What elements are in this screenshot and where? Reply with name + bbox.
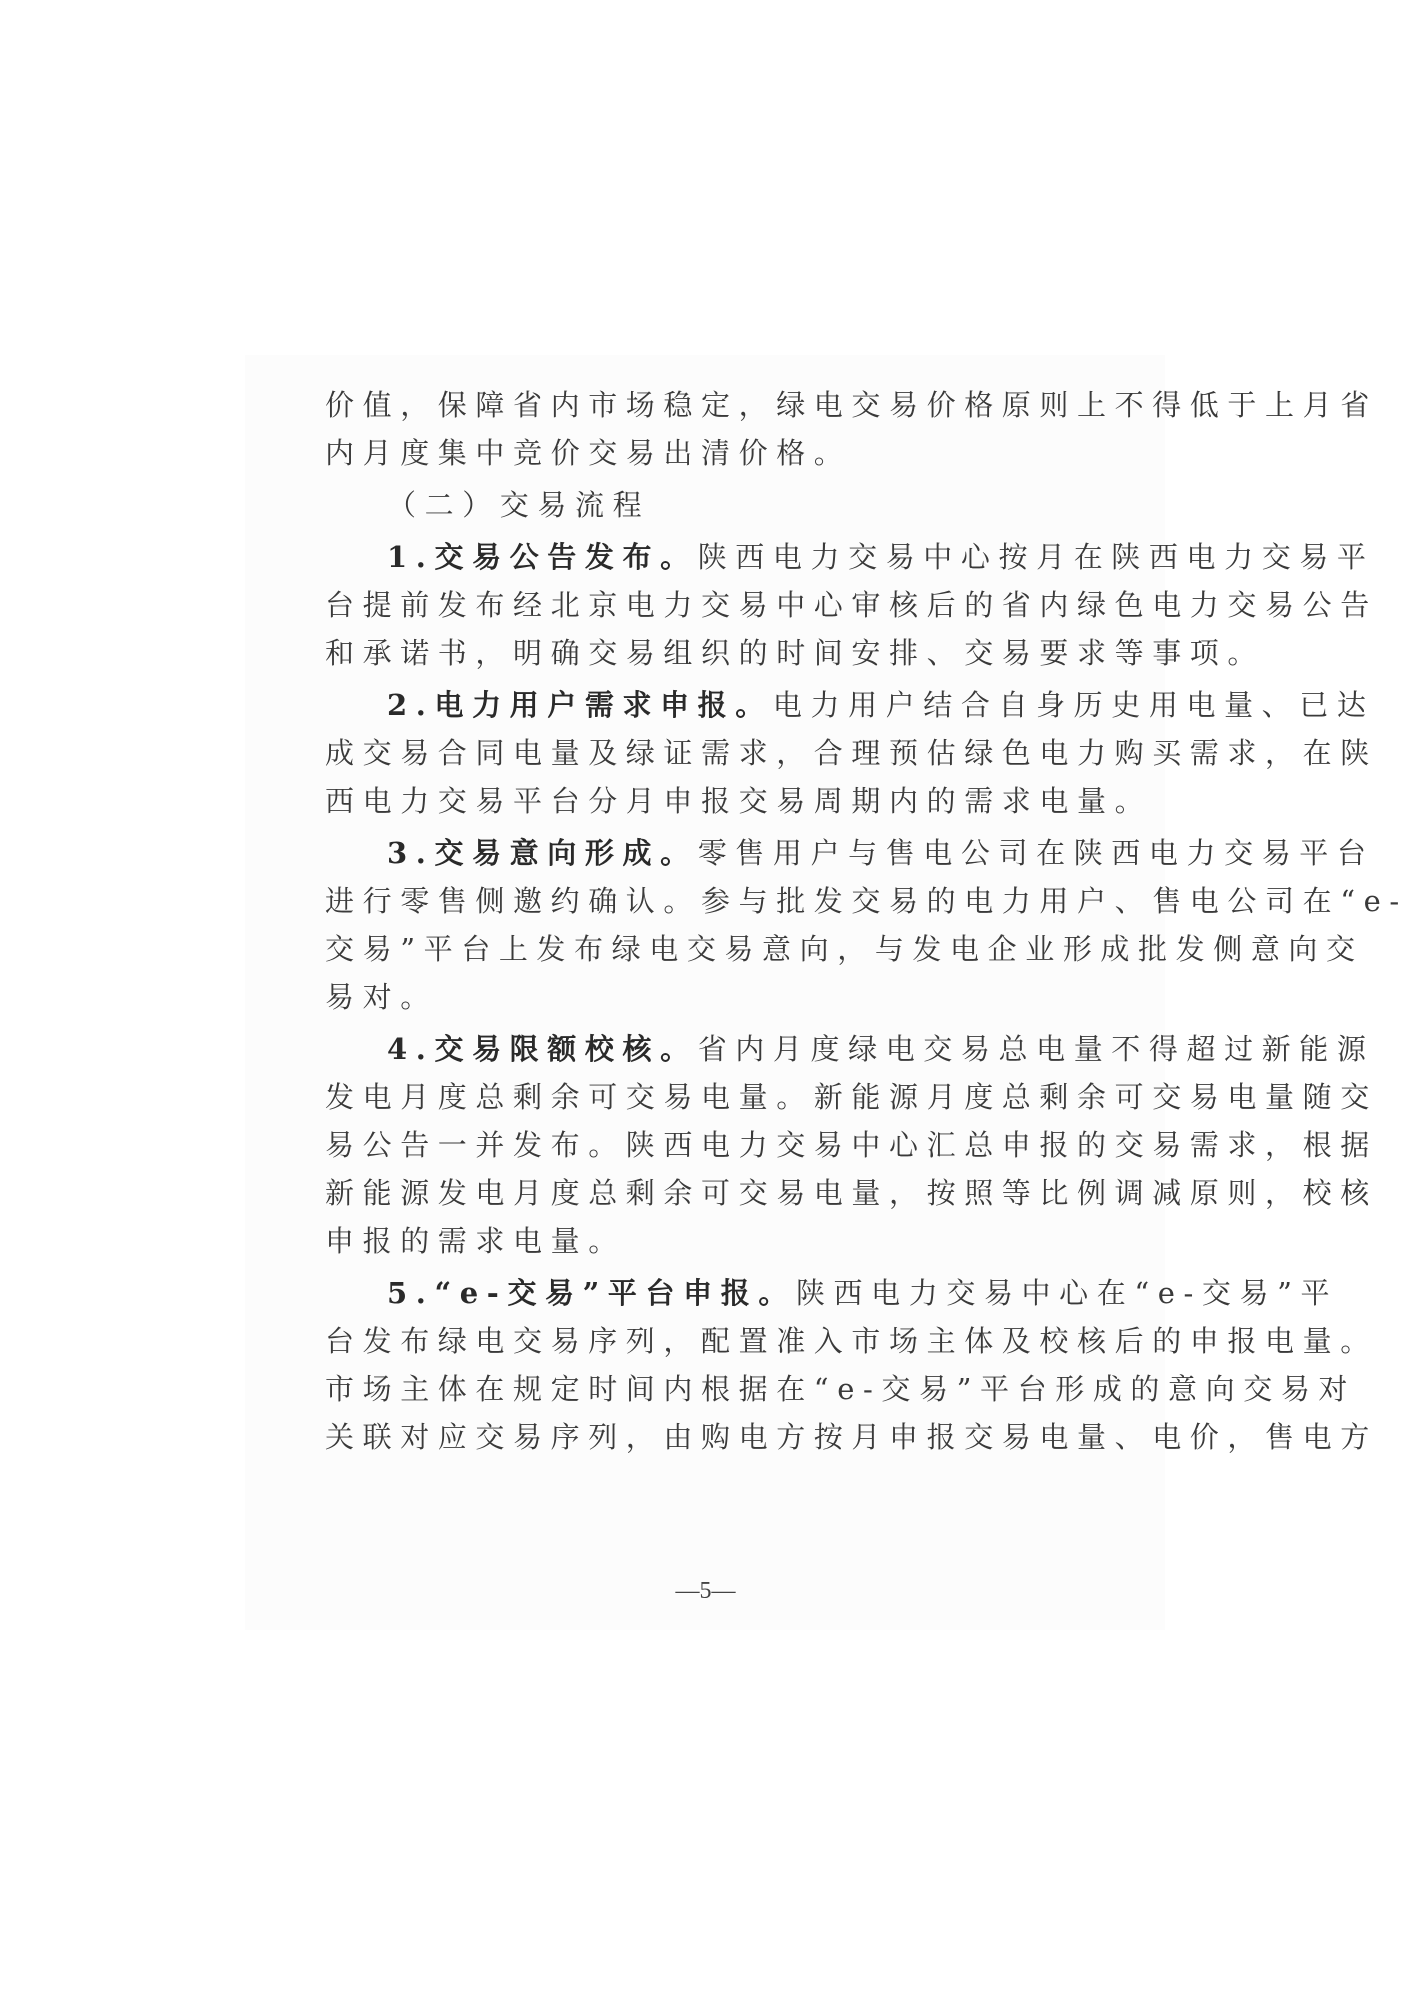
text-line: 内月度集中竞价交易出清价格。 [325, 429, 1105, 477]
paragraph-first-line: 3.交易意向形成。零售用户与售电公司在陕西电力交易平台 [325, 829, 1105, 877]
text-run: 省内月度绿电交易总电量不得超过新能源 [698, 1032, 1375, 1066]
text-line: 市场主体在规定时间内根据在“e-交易”平台形成的意向交易对 [325, 1365, 1105, 1413]
section-heading: （二）交易流程 [325, 481, 1105, 529]
text-line: 易公告一并发布。陕西电力交易中心汇总申报的交易需求，根据 [325, 1121, 1105, 1169]
text-run: 零售用户与售电公司在陕西电力交易平台 [698, 836, 1375, 870]
text-line: 成交易合同电量及绿证需求，合理预估绿色电力购买需求，在陕 [325, 729, 1105, 777]
item-heading: 5.“e-交易”平台申报。 [387, 1276, 796, 1310]
item-heading: 3.交易意向形成。 [387, 836, 698, 870]
page-number: —5— [0, 1578, 1411, 1605]
text-line: 台发布绿电交易序列，配置准入市场主体及校核后的申报电量。 [325, 1317, 1105, 1365]
item-heading: 1.交易公告发布。 [387, 540, 698, 574]
text-line: 新能源发电月度总剩余可交易电量，按照等比例调减原则，校核 [325, 1169, 1105, 1217]
text-line: 易对。 [325, 973, 1105, 1021]
text-run: 陕西电力交易中心在“e-交易”平 [796, 1276, 1338, 1310]
text-run: 电力用户结合自身历史用电量、已达 [773, 688, 1375, 722]
text-line: 西电力交易平台分月申报交易周期内的需求电量。 [325, 777, 1105, 825]
text-line: 关联对应交易序列，由购电方按月申报交易电量、电价，售电方 [325, 1413, 1105, 1461]
text-line: 交易”平台上发布绿电交易意向，与发电企业形成批发侧意向交 [325, 925, 1105, 973]
text-line: 进行零售侧邀约确认。参与批发交易的电力用户、售电公司在“e- [325, 877, 1105, 925]
paragraph-first-line: 4.交易限额校核。省内月度绿电交易总电量不得超过新能源 [325, 1025, 1105, 1073]
document-body: 价值，保障省内市场稳定，绿电交易价格原则上不得低于上月省 内月度集中竞价交易出清… [325, 381, 1105, 1461]
item-heading: 4.交易限额校核。 [387, 1032, 698, 1066]
text-line: 价值，保障省内市场稳定，绿电交易价格原则上不得低于上月省 [325, 381, 1105, 429]
paragraph-first-line: 1.交易公告发布。陕西电力交易中心按月在陕西电力交易平 [325, 533, 1105, 581]
text-line: 发电月度总剩余可交易电量。新能源月度总剩余可交易电量随交 [325, 1073, 1105, 1121]
text-line: 申报的需求电量。 [325, 1217, 1105, 1265]
text-line: 台提前发布经北京电力交易中心审核后的省内绿色电力交易公告 [325, 581, 1105, 629]
item-heading: 2.电力用户需求申报。 [387, 688, 773, 722]
paragraph-first-line: 5.“e-交易”平台申报。陕西电力交易中心在“e-交易”平 [325, 1269, 1105, 1317]
text-line: 和承诺书，明确交易组织的时间安排、交易要求等事项。 [325, 629, 1105, 677]
paragraph-first-line: 2.电力用户需求申报。电力用户结合自身历史用电量、已达 [325, 681, 1105, 729]
text-run: 陕西电力交易中心按月在陕西电力交易平 [698, 540, 1375, 574]
